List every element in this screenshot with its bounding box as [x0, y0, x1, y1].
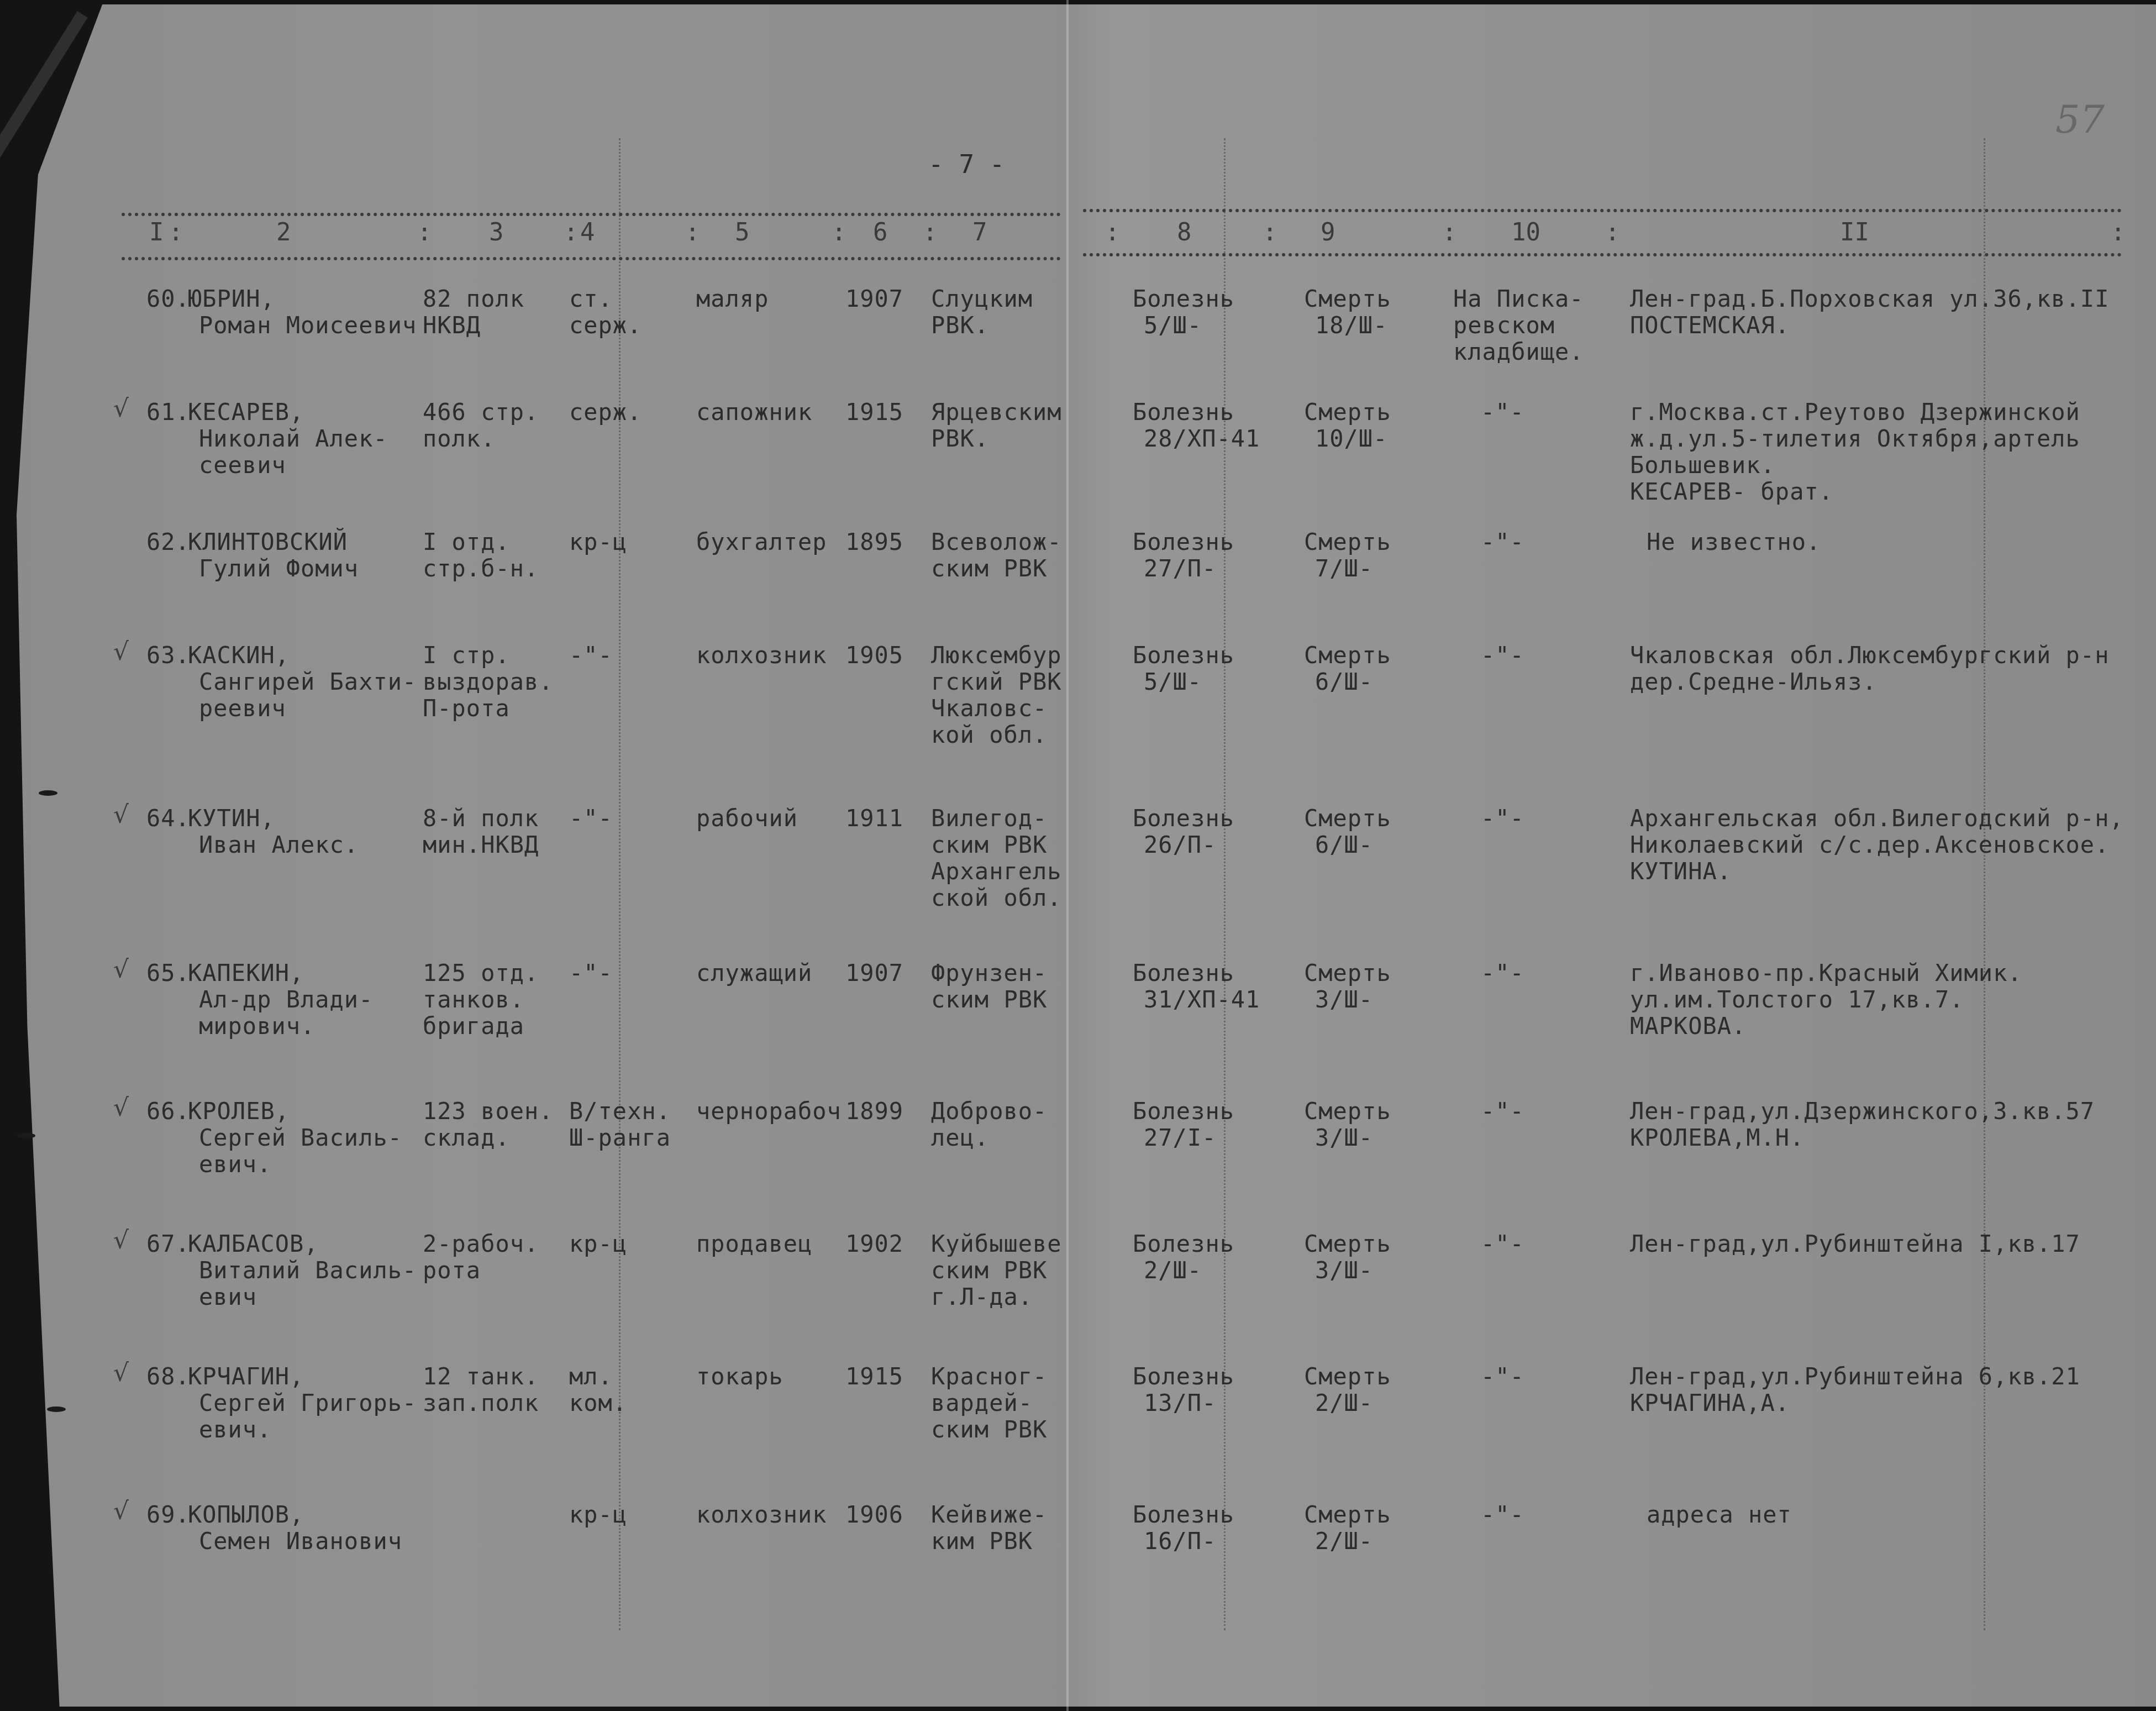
- military-unit: I отд.: [423, 528, 510, 557]
- draft-office: Красног-: [931, 1362, 1047, 1391]
- row-number: 62.: [146, 528, 190, 557]
- burial-place: ревском: [1453, 311, 1555, 340]
- relative-address: КУТИНА.: [1630, 857, 1732, 886]
- military-unit: склад.: [423, 1124, 510, 1152]
- burial-place: -"-: [1481, 1500, 1524, 1529]
- column-separator: :: [1442, 218, 1457, 246]
- given-name-patronymic: евич.: [199, 1150, 271, 1179]
- draft-office: Куйбышеве: [931, 1230, 1062, 1258]
- cause-of-death: Болезнь: [1133, 641, 1234, 670]
- military-unit: полк.: [423, 424, 495, 453]
- date-of-death: Смерть: [1304, 641, 1391, 670]
- birth-year: 1906: [845, 1500, 903, 1529]
- column-number: 8: [1177, 218, 1192, 246]
- column-number: 4: [580, 218, 595, 246]
- cause-of-death: Болезнь: [1133, 1097, 1234, 1126]
- burial-place: -"-: [1481, 959, 1524, 988]
- given-name-patronymic: Сангирей Бахти-: [199, 668, 417, 696]
- row-number: 61.: [146, 398, 190, 427]
- cause-of-death: 27/П-: [1144, 554, 1216, 583]
- burial-place: -"-: [1481, 398, 1524, 427]
- cause-of-death: Болезнь: [1133, 804, 1234, 833]
- row-number: 65.: [146, 959, 190, 988]
- military-unit: зап.полк: [423, 1389, 539, 1418]
- given-name-patronymic: Сергей Григорь-: [199, 1389, 417, 1418]
- cause-of-death: Болезнь: [1133, 398, 1234, 427]
- rank: кр-ц: [569, 1500, 627, 1529]
- draft-office: г.Л-да.: [931, 1283, 1033, 1311]
- column-number: 3: [489, 218, 504, 246]
- date-of-death: Смерть: [1304, 285, 1391, 313]
- rank: серж.: [569, 311, 641, 340]
- relative-address: ПОСТЕМСКАЯ.: [1630, 311, 1790, 340]
- birth-year: 1907: [845, 285, 903, 313]
- birth-year: 1899: [845, 1097, 903, 1126]
- rank: В/техн.: [569, 1097, 671, 1126]
- birth-year: 1915: [845, 398, 903, 427]
- header-rule-top-left: [122, 213, 1061, 216]
- surname: КАСКИН,: [188, 641, 290, 670]
- date-of-death: Смерть: [1304, 1230, 1391, 1258]
- given-name-patronymic: Роман Моисеевич: [199, 311, 417, 340]
- military-unit: НКВД: [423, 311, 481, 340]
- punch-hole: [39, 790, 57, 796]
- rank: серж.: [569, 398, 641, 427]
- row-number: 63.: [146, 641, 190, 670]
- cause-of-death: 26/П-: [1144, 831, 1216, 859]
- checkmark-icon: √: [113, 638, 129, 666]
- column-separator: :: [169, 218, 183, 246]
- column-number: 10: [1511, 218, 1540, 246]
- relative-address: КРЧАГИНА,А.: [1630, 1389, 1790, 1418]
- surname: КРЧАГИН,: [188, 1362, 304, 1391]
- surname: КАПЕКИН,: [188, 959, 304, 988]
- cause-of-death: Болезнь: [1133, 1362, 1234, 1391]
- given-name-patronymic: евич.: [199, 1415, 271, 1444]
- date-of-death: 6/Ш-: [1315, 831, 1373, 859]
- surname: КАЛБАСОВ,: [188, 1230, 319, 1258]
- draft-office: Архангель: [931, 857, 1062, 886]
- checkmark-icon: √: [113, 1359, 129, 1387]
- draft-office: гский РВК: [931, 668, 1062, 696]
- rank: мл.: [569, 1362, 613, 1391]
- relative-address: Николаевский с/с.дер.Аксеновское.: [1630, 831, 2109, 859]
- draft-office: ским РВК: [931, 985, 1047, 1014]
- military-unit: 123 воен.: [423, 1097, 554, 1126]
- date-of-death: 3/Ш-: [1315, 985, 1373, 1014]
- draft-office: Фрунзен-: [931, 959, 1047, 988]
- column-separator: :: [923, 218, 938, 246]
- date-of-death: 2/Ш-: [1315, 1389, 1373, 1418]
- draft-office: ким РВК: [931, 1527, 1033, 1556]
- birth-year: 1915: [845, 1362, 903, 1391]
- military-unit: мин.НКВД: [423, 831, 539, 859]
- relative-address: МАРКОВА.: [1630, 1012, 1746, 1041]
- cause-of-death: 16/П-: [1144, 1527, 1216, 1556]
- draft-office: Всеволож-: [931, 528, 1062, 557]
- header-rule-bottom-left: [122, 257, 1061, 260]
- column-number: II: [1840, 218, 1869, 246]
- cause-of-death: 5/Ш-: [1144, 311, 1202, 340]
- center-crease: [1066, 0, 1069, 1711]
- draft-office: РВК.: [931, 424, 989, 453]
- date-of-death: 3/Ш-: [1315, 1256, 1373, 1285]
- checkmark-icon: √: [113, 1226, 129, 1255]
- relative-address: Лен-град,ул.Рубинштейна 6,кв.21: [1630, 1362, 2080, 1391]
- rank: -"-: [569, 641, 613, 670]
- military-unit: бригада: [423, 1012, 524, 1041]
- occupation: продавец: [696, 1230, 812, 1258]
- military-unit: 466 стр.: [423, 398, 539, 427]
- relative-address: Чкаловская обл.Люксембургский р-н: [1630, 641, 2109, 670]
- given-name-patronymic: Иван Алекс.: [199, 831, 359, 859]
- occupation: токарь: [696, 1362, 783, 1391]
- checkmark-icon: √: [113, 395, 129, 423]
- column-separator: :: [1263, 218, 1277, 246]
- rank: Ш-ранга: [569, 1124, 671, 1152]
- surname: КРОЛЕВ,: [188, 1097, 290, 1126]
- draft-office: Ярцевским: [931, 398, 1062, 427]
- relative-address: г.Москва.ст.Реутово Дзержинской: [1630, 398, 2080, 427]
- cause-of-death: 2/Ш-: [1144, 1256, 1202, 1285]
- cause-of-death: 13/П-: [1144, 1389, 1216, 1418]
- row-number: 69.: [146, 1500, 190, 1529]
- occupation: рабочий: [696, 804, 798, 833]
- draft-office: Вилегод-: [931, 804, 1047, 833]
- checkmark-icon: √: [113, 1497, 129, 1525]
- relative-address: Большевик.: [1630, 451, 1775, 480]
- date-of-death: Смерть: [1304, 959, 1391, 988]
- draft-office: Слуцким: [931, 285, 1033, 313]
- column-number: 7: [972, 218, 987, 246]
- military-unit: 8-й полк: [423, 804, 539, 833]
- date-of-death: 7/Ш-: [1315, 554, 1373, 583]
- checkmark-icon: √: [113, 801, 129, 829]
- column-number: 6: [873, 218, 888, 246]
- header-rule-top-right: [1083, 209, 2122, 212]
- draft-office: ским РВК: [931, 1415, 1047, 1444]
- burial-place: кладбище.: [1453, 338, 1584, 366]
- column-separator: :: [417, 218, 432, 246]
- burial-place: -"-: [1481, 641, 1524, 670]
- rank: кр-ц: [569, 528, 627, 557]
- draft-office: вардей-: [931, 1389, 1033, 1418]
- surname: КУТИН,: [188, 804, 275, 833]
- birth-year: 1895: [845, 528, 903, 557]
- birth-year: 1905: [845, 641, 903, 670]
- column-separator: :: [2111, 218, 2126, 246]
- birth-year: 1902: [845, 1230, 903, 1258]
- rank: ком.: [569, 1389, 627, 1418]
- column-guide: [1224, 138, 1227, 1630]
- given-name-patronymic: Виталий Василь-: [199, 1256, 417, 1285]
- cause-of-death: Болезнь: [1133, 1500, 1234, 1529]
- occupation: бухгалтер: [696, 528, 827, 557]
- date-of-death: Смерть: [1304, 1362, 1391, 1391]
- surname: КОПЫЛОВ,: [188, 1500, 304, 1529]
- row-number: 66.: [146, 1097, 190, 1126]
- date-of-death: 6/Ш-: [1315, 668, 1373, 696]
- given-name-patronymic: Гулий Фомич: [199, 554, 359, 583]
- military-unit: танков.: [423, 985, 524, 1014]
- military-unit: 82 полк: [423, 285, 524, 313]
- draft-office: ским РВК: [931, 554, 1047, 583]
- relative-address: КЕСАРЕВ- брат.: [1630, 477, 1833, 506]
- page-number: - 7 -: [928, 149, 1005, 179]
- date-of-death: 3/Ш-: [1315, 1124, 1373, 1152]
- birth-year: 1907: [845, 959, 903, 988]
- relative-address: Не известно.: [1647, 528, 1821, 557]
- given-name-patronymic: реевич: [199, 694, 286, 723]
- relative-address: Лен-град.Б.Порховская ул.36,кв.II: [1630, 285, 2109, 313]
- cause-of-death: Болезнь: [1133, 285, 1234, 313]
- relative-address: Архангельская обл.Вилегодский р-н,: [1630, 804, 2124, 833]
- burial-place: -"-: [1481, 1230, 1524, 1258]
- military-unit: 2-рабоч.: [423, 1230, 539, 1258]
- occupation: маляр: [696, 285, 769, 313]
- column-number: 9: [1321, 218, 1335, 246]
- column-separator: :: [1605, 218, 1620, 246]
- draft-office: Доброво-: [931, 1097, 1047, 1126]
- draft-office: ской обл.: [931, 884, 1062, 912]
- burial-place: На Пискa-: [1453, 285, 1584, 313]
- military-unit: П-рота: [423, 694, 510, 723]
- military-unit: I стр.: [423, 641, 510, 670]
- column-number: I: [149, 218, 164, 246]
- column-number: 5: [735, 218, 750, 246]
- header-rule-bottom-right: [1083, 253, 2122, 256]
- given-name-patronymic: Николай Алек-: [199, 424, 388, 453]
- checkmark-icon: √: [113, 1094, 129, 1122]
- draft-office: ским РВК: [931, 1256, 1047, 1285]
- row-number: 68.: [146, 1362, 190, 1391]
- column-separator: :: [1105, 218, 1120, 246]
- draft-office: лец.: [931, 1124, 989, 1152]
- military-unit: 12 танк.: [423, 1362, 539, 1391]
- cause-of-death: 28/ХП-41: [1144, 424, 1260, 453]
- date-of-death: Смерть: [1304, 1500, 1391, 1529]
- handwritten-sheet-number: 57: [2055, 97, 2105, 142]
- burial-place: -"-: [1481, 804, 1524, 833]
- cause-of-death: Болезнь: [1133, 1230, 1234, 1258]
- relative-address: Лен-град,ул.Рубинштейна I,кв.17: [1630, 1230, 2080, 1258]
- burial-place: -"-: [1481, 1097, 1524, 1126]
- rank: ст.: [569, 285, 613, 313]
- relative-address: г.Иваново-пр.Красный Химик.: [1630, 959, 2022, 988]
- occupation: колхозник: [696, 1500, 827, 1529]
- military-unit: стр.б-н.: [423, 554, 539, 583]
- date-of-death: 2/Ш-: [1315, 1527, 1373, 1556]
- column-separator: :: [564, 218, 579, 246]
- given-name-patronymic: сеевич: [199, 451, 286, 480]
- burial-place: -"-: [1481, 528, 1524, 557]
- relative-address: ж.д.ул.5-тилетия Октября,артель: [1630, 424, 2080, 453]
- column-guide: [1984, 138, 1987, 1630]
- draft-office: кой обл.: [931, 721, 1047, 749]
- military-unit: 125 отд.: [423, 959, 539, 988]
- military-unit: выздорав.: [423, 668, 554, 696]
- date-of-death: Смерть: [1304, 398, 1391, 427]
- cause-of-death: Болезнь: [1133, 528, 1234, 557]
- given-name-patronymic: Ал-др Влади-: [199, 985, 373, 1014]
- given-name-patronymic: евич: [199, 1283, 257, 1311]
- rank: -"-: [569, 804, 613, 833]
- birth-year: 1911: [845, 804, 903, 833]
- relative-address: КРОЛЕВА,М.Н.: [1630, 1124, 1804, 1152]
- draft-office: ским РВК: [931, 831, 1047, 859]
- cause-of-death: 5/Ш-: [1144, 668, 1202, 696]
- row-number: 60.: [146, 285, 190, 313]
- date-of-death: Смерть: [1304, 804, 1391, 833]
- occupation: сапожник: [696, 398, 812, 427]
- given-name-patronymic: Сергей Василь-: [199, 1124, 402, 1152]
- punch-hole: [47, 1406, 66, 1412]
- relative-address: адреса нет: [1647, 1500, 1792, 1529]
- relative-address: Лен-град,ул.Дзержинского,3.кв.57: [1630, 1097, 2095, 1126]
- draft-office: Чкаловс-: [931, 694, 1047, 723]
- occupation: колхозник: [696, 641, 827, 670]
- relative-address: дер.Средне-Ильяз.: [1630, 668, 1877, 696]
- burial-place: -"-: [1481, 1362, 1524, 1391]
- given-name-patronymic: мирович.: [199, 1012, 315, 1041]
- date-of-death: Смерть: [1304, 1097, 1391, 1126]
- row-number: 67.: [146, 1230, 190, 1258]
- date-of-death: Смерть: [1304, 528, 1391, 557]
- given-name-patronymic: Семен Иванович: [199, 1527, 402, 1556]
- cause-of-death: Болезнь: [1133, 959, 1234, 988]
- surname: КЛИНТОВСКИЙ: [188, 528, 348, 557]
- punch-hole: [17, 1133, 35, 1138]
- surname: ЮБРИН,: [188, 285, 275, 313]
- column-separator: :: [685, 218, 700, 246]
- date-of-death: 18/Ш-: [1315, 311, 1387, 340]
- occupation: чернорабоч: [696, 1097, 842, 1126]
- surname: КЕСАРЕВ,: [188, 398, 304, 427]
- column-number: 2: [276, 218, 291, 246]
- occupation: служащий: [696, 959, 812, 988]
- relative-address: ул.им.Толстого 17,кв.7.: [1630, 985, 1964, 1014]
- draft-office: РВК.: [931, 311, 989, 340]
- draft-office: Кейвиже-: [931, 1500, 1047, 1529]
- row-number: 64.: [146, 804, 190, 833]
- military-unit: рота: [423, 1256, 481, 1285]
- cause-of-death: 31/ХП-41: [1144, 985, 1260, 1014]
- cause-of-death: 27/I-: [1144, 1124, 1216, 1152]
- column-separator: :: [832, 218, 846, 246]
- draft-office: Люксембур: [931, 641, 1062, 670]
- rank: кр-ц: [569, 1230, 627, 1258]
- date-of-death: 10/Ш-: [1315, 424, 1387, 453]
- rank: -"-: [569, 959, 613, 988]
- checkmark-icon: √: [113, 956, 129, 984]
